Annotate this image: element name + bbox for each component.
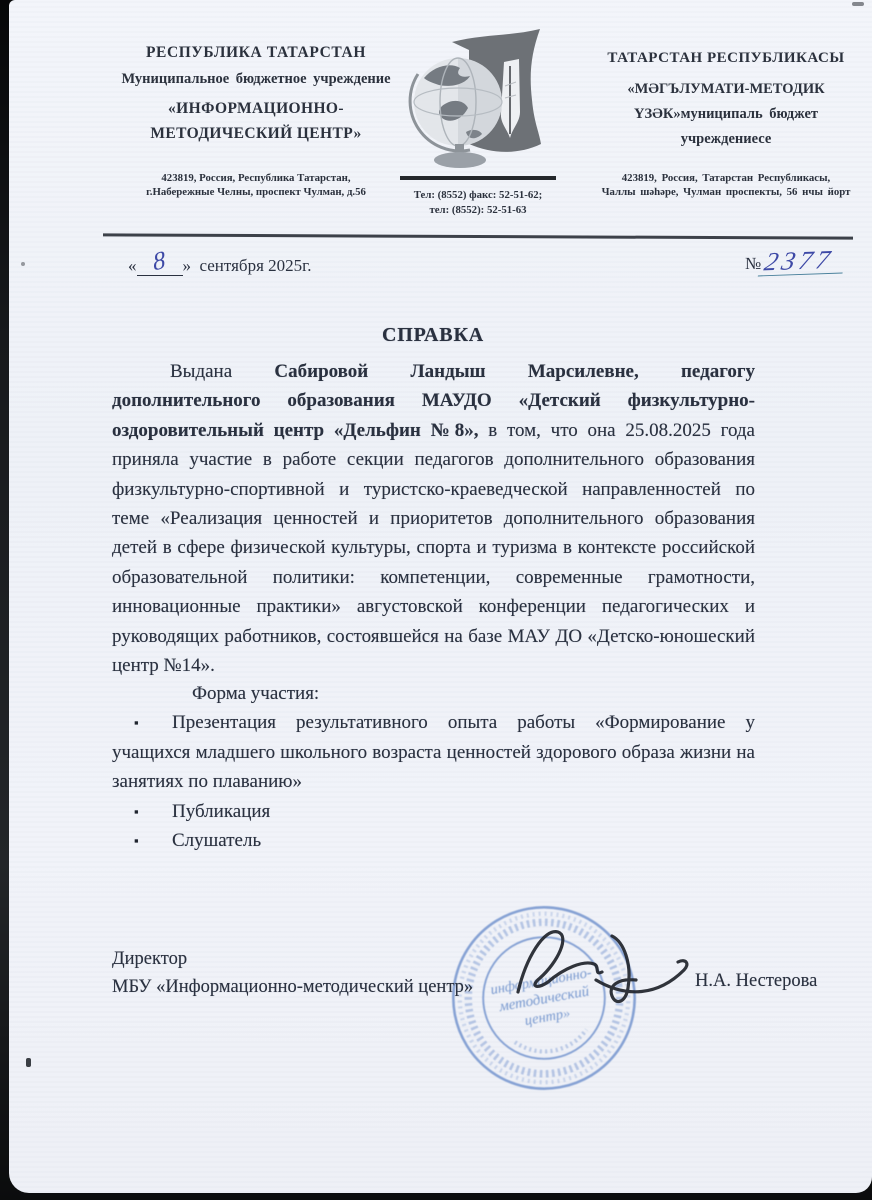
org-address-ru-line2: г.Набережные Челны, проспект Чулман, д.5… bbox=[110, 185, 402, 199]
scanned-page-background: РЕСПУБЛИКА ТАТАРСТАН Муниципальное бюдже… bbox=[0, 0, 872, 1200]
signature-ink bbox=[500, 912, 725, 1027]
org-address-ru: 423819, Россия, Республика Татарстан, г.… bbox=[110, 171, 402, 199]
org-address-tatar-line1: 423819, Россия, Татарстан Республикасы, bbox=[585, 171, 867, 185]
body-rest: в том, что она 25.08.2025 года приняла у… bbox=[112, 420, 755, 676]
participation-item-2: Публикация bbox=[172, 801, 270, 822]
handwritten-day: 8 bbox=[152, 250, 166, 273]
scan-speck bbox=[21, 262, 25, 266]
emblem-underline bbox=[400, 176, 556, 180]
org-name-ru-line1: «ИНФОРМАЦИОННО- bbox=[110, 96, 402, 121]
participation-item-3: Слушатель bbox=[172, 830, 261, 851]
org-name-ru-line2: МЕТОДИЧЕСКИЙ ЦЕНТР» bbox=[110, 121, 402, 146]
phone-line2: тел: (8552): 52-51-63 bbox=[387, 203, 569, 218]
square-bullet-icon: ▪ bbox=[112, 826, 172, 855]
certificate-document: РЕСПУБЛИКА ТАТАРСТАН Муниципальное бюдже… bbox=[9, 0, 872, 1193]
globe-quill-logo-icon bbox=[405, 26, 547, 176]
handwritten-number: 2377 bbox=[758, 247, 848, 277]
participation-heading: Форма участия: bbox=[112, 679, 755, 708]
org-address-tatar-line2: Чаллы шәһәре, Чулман проспекты, 56 нчы й… bbox=[585, 185, 867, 199]
document-title: СПРАВКА bbox=[112, 324, 754, 347]
org-address-ru-line1: 423819, Россия, Республика Татарстан, bbox=[110, 171, 402, 185]
square-bullet-icon: ▪ bbox=[112, 708, 172, 737]
date-field: «8» сентября 2025г. bbox=[128, 252, 311, 276]
date-month-year: сентября 2025г. bbox=[200, 256, 312, 275]
org-address-tatar: 423819, Россия, Татарстан Республикасы, … bbox=[585, 171, 867, 199]
body-lead: Выдана bbox=[170, 361, 232, 382]
letterhead-left-ru: РЕСПУБЛИКА ТАТАРСТАН Муниципальное бюдже… bbox=[110, 44, 402, 199]
org-name-tatar-line1: «МӘГЪЛУМАТИ-МЕТОДИК bbox=[585, 77, 867, 102]
institution-type-ru: Муниципальное бюджетное учреждение bbox=[110, 71, 402, 88]
certificate-body-paragraph: Выдана Сабировой Ландыш Марсилевне, педа… bbox=[112, 357, 755, 680]
date-open-quote: « bbox=[128, 256, 137, 275]
scan-speck bbox=[852, 2, 864, 6]
date-close-quote: » bbox=[183, 256, 192, 275]
contact-phones: Тел: (8552) факс: 52-51-62; тел: (8552):… bbox=[387, 188, 569, 218]
number-field: №2377 bbox=[745, 248, 845, 275]
phone-line1: Тел: (8552) факс: 52-51-62; bbox=[387, 188, 569, 203]
scan-speck bbox=[26, 1058, 31, 1067]
participation-item-1: Презентация результативного опыта работы… bbox=[112, 712, 755, 792]
list-item: ▪Слушатель bbox=[112, 826, 755, 855]
letterhead-right-tatar: ТАТАРСТАН РЕСПУБЛИКАСЫ «МӘГЪЛУМАТИ-МЕТОД… bbox=[585, 50, 867, 199]
republic-name-tatar: ТАТАРСТАН РЕСПУБЛИКАСЫ bbox=[585, 50, 867, 67]
date-day-blank: 8 bbox=[137, 252, 183, 276]
republic-name-ru: РЕСПУБЛИКА ТАТАРСТАН bbox=[110, 44, 402, 62]
org-name-tatar-line2: ҮЗӘК»муниципаль бюджет bbox=[585, 102, 867, 127]
header-divider-line bbox=[103, 233, 853, 239]
square-bullet-icon: ▪ bbox=[112, 797, 172, 826]
list-item: ▪Публикация bbox=[112, 797, 755, 826]
org-name-tatar-line3: учреждениесе bbox=[585, 127, 867, 152]
list-item: ▪Презентация результативного опыта работ… bbox=[112, 708, 755, 796]
participation-section: Форма участия: ▪Презентация результативн… bbox=[112, 679, 755, 855]
